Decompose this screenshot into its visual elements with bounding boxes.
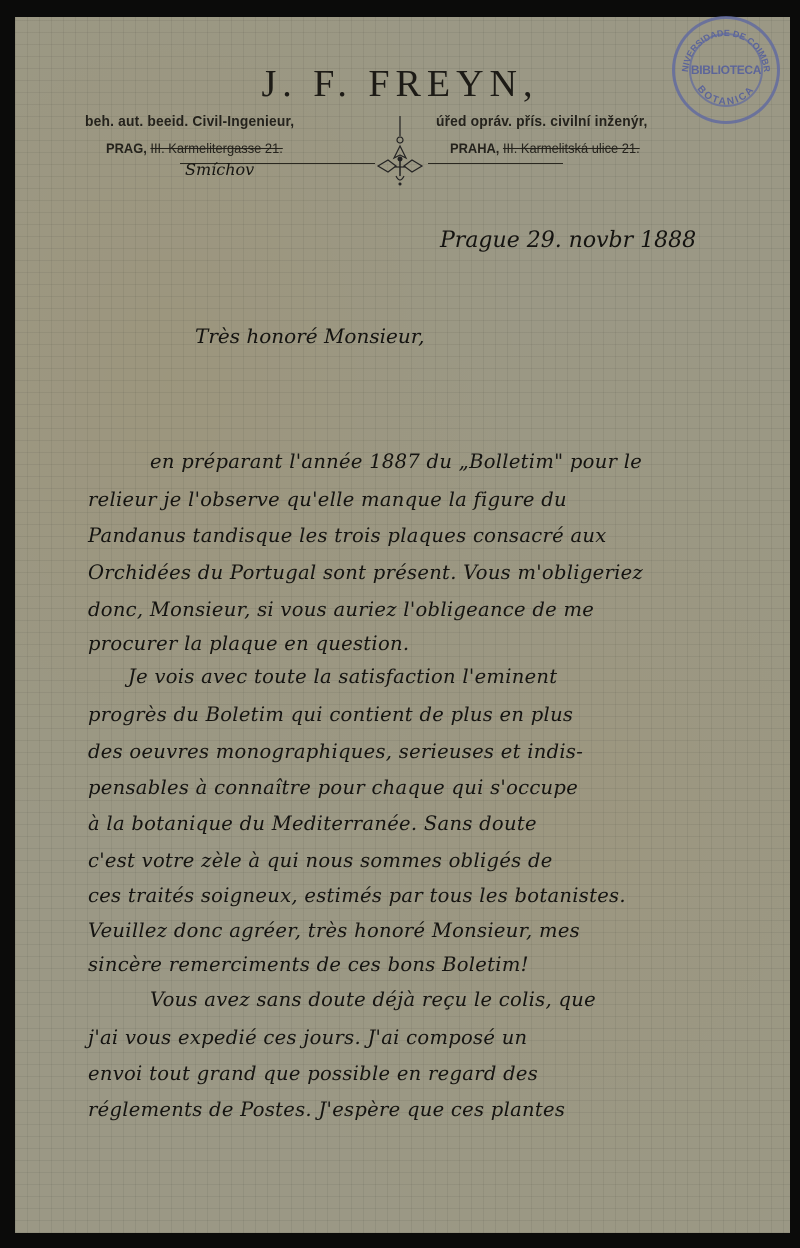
letterhead-title-german: beh. aut. beeid. Civil-Ingenieur, — [85, 113, 294, 130]
letterhead-address-czech: PRAHA, III. Karmelitská ulice 21. — [450, 140, 640, 156]
address-street-struck: III. Karmelitergasse 21. — [150, 140, 282, 156]
letter-paper — [15, 17, 790, 1233]
letterhead-title-czech: úřed opráv. přís. civilní inženýr, — [436, 113, 648, 130]
letter-line: en préparant l'année 1887 du „Bolletim" … — [150, 450, 642, 473]
letter-line: j'ai vous expedié ces jours. J'ai compos… — [88, 1026, 527, 1049]
letter-line: à la botanique du Mediterranée. Sans dou… — [88, 812, 537, 835]
letter-line: procurer la plaque en question. — [88, 632, 409, 655]
handwritten-address-correction: Smíchov — [185, 160, 254, 179]
letter-line: Vous avez sans doute déjà reçu le colis,… — [150, 988, 596, 1011]
stamp-inner-ring: BIBLIOTECA — [689, 33, 763, 107]
letter-line: sincère remerciments de ces bons Boletim… — [88, 953, 529, 976]
letter-line: donc, Monsieur, si vous auriez l'obligea… — [88, 598, 594, 621]
address-street-struck: III. Karmelitská ulice 21. — [503, 140, 640, 156]
letter-line: Pandanus tandisque les trois plaques con… — [88, 524, 607, 547]
letterhead-address-german: PRAG, III. Karmelitergasse 21. — [106, 140, 283, 156]
ornament-icon — [372, 114, 428, 190]
letter-date: Prague 29. novbr 1888 — [440, 228, 696, 253]
letter-line: Veuillez donc agréer, très honoré Monsie… — [88, 919, 580, 942]
address-city: PRAHA, — [450, 140, 499, 156]
letter-line: progrès du Boletim qui contient de plus … — [88, 703, 573, 726]
stamp-center-text: BIBLIOTECA — [691, 63, 761, 77]
letter-line: envoi tout grand que possible en regard … — [88, 1062, 538, 1085]
letter-salutation: Très honoré Monsieur, — [195, 324, 424, 348]
letter-line: c'est votre zèle à qui nous sommes oblig… — [88, 849, 553, 872]
letterhead-rule-right — [428, 163, 563, 164]
address-city: PRAG, — [106, 140, 147, 156]
letter-line: des oeuvres monographiques, serieuses et… — [88, 740, 583, 763]
letter-line: réglements de Postes. J'espère que ces p… — [88, 1098, 565, 1121]
library-stamp: UNIVERSIDADE DE COIMBRA BOTANICA BIBLIOT… — [672, 16, 780, 124]
letter-line: relieur je l'observe qu'elle manque la f… — [88, 488, 567, 511]
letter-line: Orchidées du Portugal sont présent. Vous… — [88, 561, 643, 584]
letter-line: pensables à connaître pour chaque qui s'… — [88, 776, 578, 799]
letter-line: Je vois avec toute la satisfaction l'emi… — [128, 665, 557, 688]
letter-line: ces traités soigneux, estimés par tous l… — [88, 884, 626, 907]
